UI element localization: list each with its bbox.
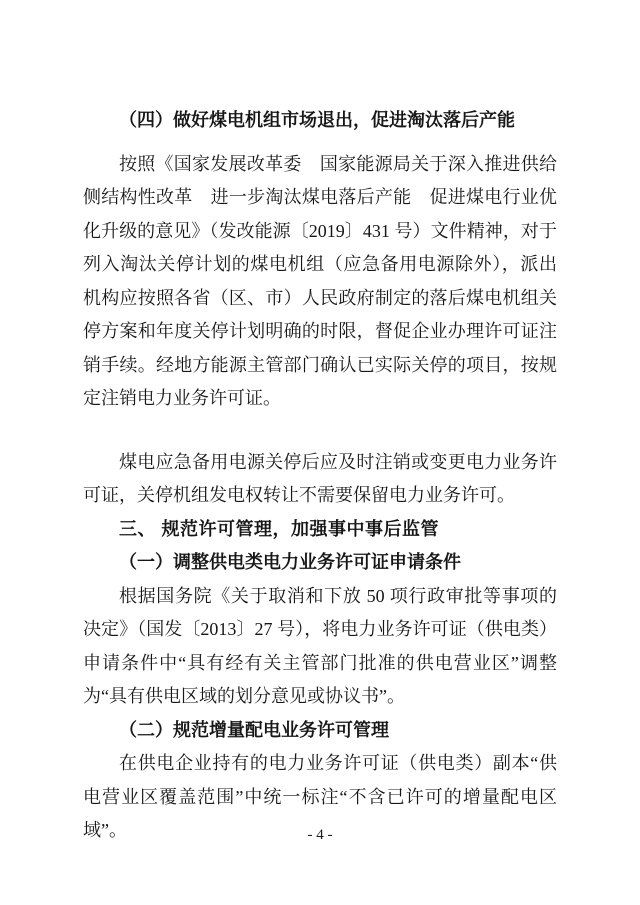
page-number: - 4 - [308,827,333,843]
section-heading-yi: （一）调整供电类电力业务许可证申请条件 [83,546,557,580]
document-page: （四）做好煤电机组市场退出，促进淘汰落后产能 按照《国家发展改革委 国家能源局关… [0,0,640,905]
body-paragraph-license-condition: 根据国务院《关于取消和下放 50 项行政审批等事项的决定》（国发〔2013〕27… [83,580,557,714]
document-body: （四）做好煤电机组市场退出，促进淘汰落后产能 按照《国家发展改革委 国家能源局关… [83,104,557,848]
section-heading-si: （四）做好煤电机组市场退出，促进淘汰落后产能 [83,104,557,138]
body-paragraph-coal-unit-exit: 按照《国家发展改革委 国家能源局关于深入推进供给侧结构性改革 进一步淘汰煤电落后… [83,148,557,416]
chapter-heading-san: 三、 规范许可管理，加强事中事后监管 [83,513,557,547]
section-heading-er: （二）规范增量配电业务许可管理 [83,714,557,748]
page-footer: - 4 - [0,824,640,846]
body-paragraph-emergency-backup: 煤电应急备用电源关停后应及时注销或变更电力业务许可证，关停机组发电权转让不需要保… [83,446,557,513]
